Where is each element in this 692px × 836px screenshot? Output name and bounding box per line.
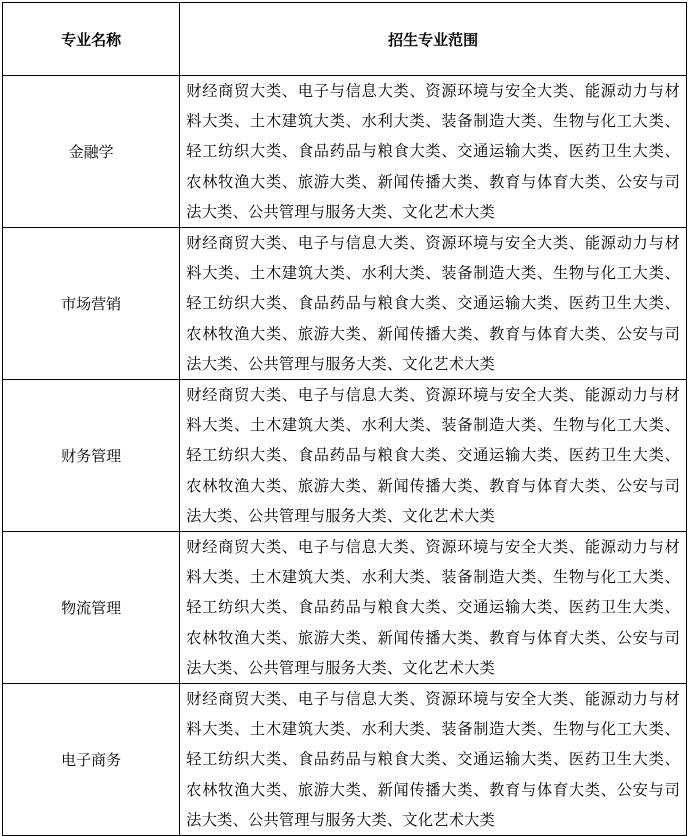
enrollment-scope-cell: 财经商贸大类、电子与信息大类、资源环境与安全大类、能源动力与材料大类、土木建筑大…: [180, 228, 687, 380]
table-row: 市场营销 财经商贸大类、电子与信息大类、资源环境与安全大类、能源动力与材料大类、…: [3, 228, 687, 380]
header-enrollment-scope: 招生专业范围: [180, 3, 687, 76]
enrollment-scope-cell: 财经商贸大类、电子与信息大类、资源环境与安全大类、能源动力与材料大类、土木建筑大…: [180, 76, 687, 228]
major-name-cell: 电子商务: [3, 684, 180, 834]
table-row: 财务管理 财经商贸大类、电子与信息大类、资源环境与安全大类、能源动力与材料大类、…: [3, 380, 687, 532]
table-header-row: 专业名称 招生专业范围: [3, 3, 687, 76]
table-row: 物流管理 财经商贸大类、电子与信息大类、资源环境与安全大类、能源动力与材料大类、…: [3, 532, 687, 684]
enrollment-scope-cell: 财经商贸大类、电子与信息大类、资源环境与安全大类、能源动力与材料大类、土木建筑大…: [180, 380, 687, 532]
major-name-cell: 财务管理: [3, 380, 180, 532]
major-name-cell: 金融学: [3, 76, 180, 228]
major-name-cell: 市场营销: [3, 228, 180, 380]
enrollment-scope-cell: 财经商贸大类、电子与信息大类、资源环境与安全大类、能源动力与材料大类、土木建筑大…: [180, 532, 687, 684]
header-major-name: 专业名称: [3, 3, 180, 76]
enrollment-scope-table: 专业名称 招生专业范围 金融学 财经商贸大类、电子与信息大类、资源环境与安全大类…: [2, 2, 687, 834]
table-row: 金融学 财经商贸大类、电子与信息大类、资源环境与安全大类、能源动力与材料大类、土…: [3, 76, 687, 228]
major-name-cell: 物流管理: [3, 532, 180, 684]
table-row: 电子商务 财经商贸大类、电子与信息大类、资源环境与安全大类、能源动力与材料大类、…: [3, 684, 687, 834]
enrollment-scope-cell: 财经商贸大类、电子与信息大类、资源环境与安全大类、能源动力与材料大类、土木建筑大…: [180, 684, 687, 834]
